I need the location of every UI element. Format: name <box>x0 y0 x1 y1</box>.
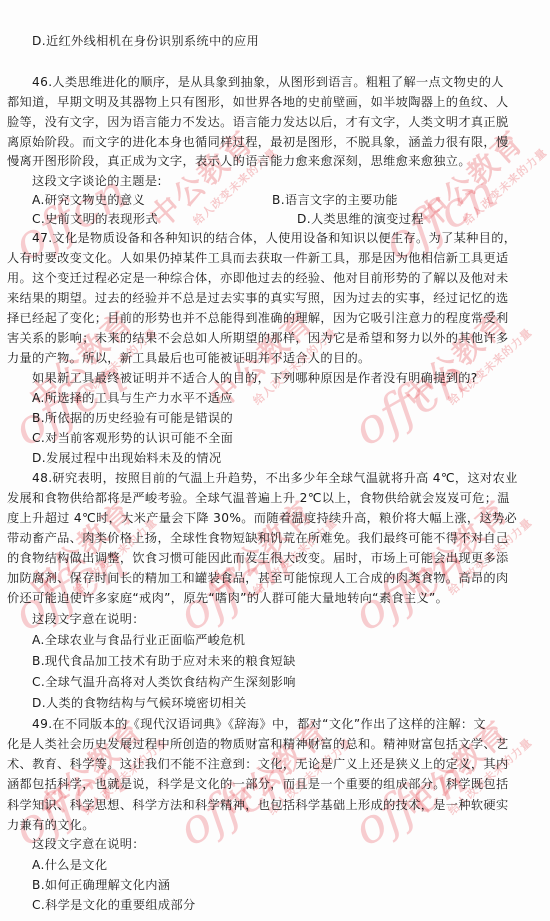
q47-stem-line: 力量的产物。所以，新工具最后也可能被证明并不适合人的目的。 <box>7 351 371 365</box>
q47-stem-line: 用。这个变迁过程必定是一种综合体，亦即他过去的经验、他对目前形势的了解以及他对未 <box>7 271 509 285</box>
q46-option-d: D.人类思维的演变过程 <box>297 212 424 226</box>
q47-stem-line: 人有时要改变文化。人如果仍掉某件工具而去获取一件新工具，那是因为他相信新工具更适 <box>7 251 509 265</box>
q47-option-d: D.发展过程中出现始料未及的情况 <box>32 451 221 465</box>
q48-stem-line: 加防腐剂、保存时间长的精加工和罐装食品，甚至可能惊现人工合成的肉类食物。高昂的肉 <box>7 571 509 585</box>
q49-stem-line: 49.在不同版本的《现代汉语词典》《辞海》中，都对“文化”作出了这样的注解：文 <box>32 717 486 731</box>
q49-stem-line: 力兼有的文化。 <box>7 818 95 832</box>
q47-stem-line: 择已经起了变化；目前的形势也并不总能得到准确的理解，因为它吸引注意力的程度常受利 <box>7 311 509 325</box>
q46-stem-line: 脸等，没有文字，因为语言能力不发达。语言能力发达以后，才有文字，人类文明才真正脱 <box>7 115 509 129</box>
q47-option-c: C.对当前客观形势的认识可能不全面 <box>32 431 233 445</box>
watermark-offcn-logo: offcn <box>169 534 302 643</box>
q48-stem-line: 带动畜产品、肉类价格上扬，全球性食物短缺和饥荒在所难免。我们最终可能不得不对自己 <box>7 531 509 545</box>
document-page: 中公教育给人改变未来的力量 中公教育给人改变未来的力量 中公教育给人改变未来的力… <box>0 0 550 921</box>
q46-prompt: 这段文字谈论的主题是: <box>32 174 162 188</box>
watermark-zhonggong: 中公教育给人改变未来的力量 <box>408 112 550 249</box>
watermark-offcn-logo: offcn <box>344 534 477 643</box>
q47-option-a: A.所选择的工具与生产力水平不适应 <box>32 391 233 405</box>
q48-stem-line: 价还可能迫使许多家庭“戒肉”，原先“嗜肉”的人群可能大量地转向“素食主义”。 <box>7 591 448 605</box>
q48-option-b: B.现代食品加工技术有助于应对未来的粮食短缺 <box>32 654 296 668</box>
q49-option-b: B.如何正确理解文化内涵 <box>32 878 170 892</box>
q46-stem-line: 慢离开图形阶段，真正成为文字，表示人的语言能力愈来愈深刻，思维愈来愈独立。 <box>7 154 471 168</box>
q49-stem-line: 科学知识、科学思想、科学方法和科学精神，也包括科学基础上形成的技术，是一种软硬实 <box>7 798 509 812</box>
q47-prompt: 如果新工具最终被证明并不适合人的目的，下列哪种原因是作者没有明确提到的? <box>32 371 478 385</box>
q46-option-b: B.语言文字的主要功能 <box>272 193 398 207</box>
q48-stem-line: 发展和食物供给都将是严峻考验。全球气温普遍上升 2℃以上，食物供给就会岌岌可危；… <box>7 491 510 505</box>
q49-option-a: A.什么是文化 <box>32 858 107 872</box>
q48-stem-line: 48.研究表明，按照目前的气温上升趋势，不出多少年全球气温就将升高 4℃，这对农… <box>32 471 518 485</box>
watermark-offcn-logo: offcn <box>4 534 137 643</box>
q49-option-c: C.科学是文化的重要组成部分 <box>32 898 196 912</box>
q49-stem-line: 化是人类社会历史发展过程中所创造的物质财富和精神财富的总和。精神财富包括文学、艺 <box>7 737 509 751</box>
q46-option-a: A.研究文物史的意义 <box>32 193 145 207</box>
q47-option-b: B.所依据的历史经验有可能是错误的 <box>32 411 233 425</box>
q48-stem-line: 度上升超过 4℃时，大米产量会下降 30%。而随着温度持续升高，粮价将大幅上涨，… <box>7 511 517 525</box>
q48-option-c: C.全球气温升高将对人类饮食结构产生深刻影响 <box>32 675 296 689</box>
q49-stem-line: 涵都包括科学，也就是说，科学是文化的一部分，而且是一个重要的组成部分。科学既包括 <box>7 777 509 791</box>
q46-stem-line: 46.人类思维进化的顺序，是从具象到抽象，从图形到语言。粗粗了解一点文物史的人 <box>32 75 504 89</box>
q47-stem-line: 害关系的影响；未来的结果不会总如人所期望的那样，因为它是希望和努力以外的其他许多 <box>7 331 509 345</box>
q48-option-a: A.全球农业与食品行业正面临严峻危机 <box>32 633 245 647</box>
q49-prompt: 这段文字意在说明： <box>32 837 145 851</box>
q47-stem-line: 47.文化是物质设备和各种知识的结合体，人使用设备和知识以便生存。为了某种目的， <box>32 231 516 245</box>
q46-stem-line: 都知道，早期文明及其器物上只有图形，如世界各地的史前壁画，如半坡陶器上的鱼纹、人 <box>7 95 509 109</box>
q48-option-d: D.人类的食物结构与气候环境密切相关 <box>32 696 247 710</box>
q46-option-c: C.史前文明的表现形式 <box>32 212 158 226</box>
q47-stem-line: 来结果的期望。过去的经验并不总是过去实事的真实写照，因为过去的实事，经过记忆的选 <box>7 291 509 305</box>
prev-option-d: D.近红外线相机在身份识别系统中的应用 <box>32 34 259 48</box>
q49-stem-line: 术、教育、科学等。这让我们不能不注意到：文化，无论是广义上还是狭义上的定义，其内 <box>7 757 509 771</box>
q48-stem-line: 的食物结构做出调整，饮食习惯可能因此而发生很大改变。届时，市场上可能会出现更多添 <box>7 551 509 565</box>
q48-prompt: 这段文字意在说明： <box>32 612 145 626</box>
q46-stem-line: 离原始阶段。而文字的进化本身也循同样过程，最初是图形，不脱具象，涵盖力很有限，慢 <box>7 135 509 149</box>
